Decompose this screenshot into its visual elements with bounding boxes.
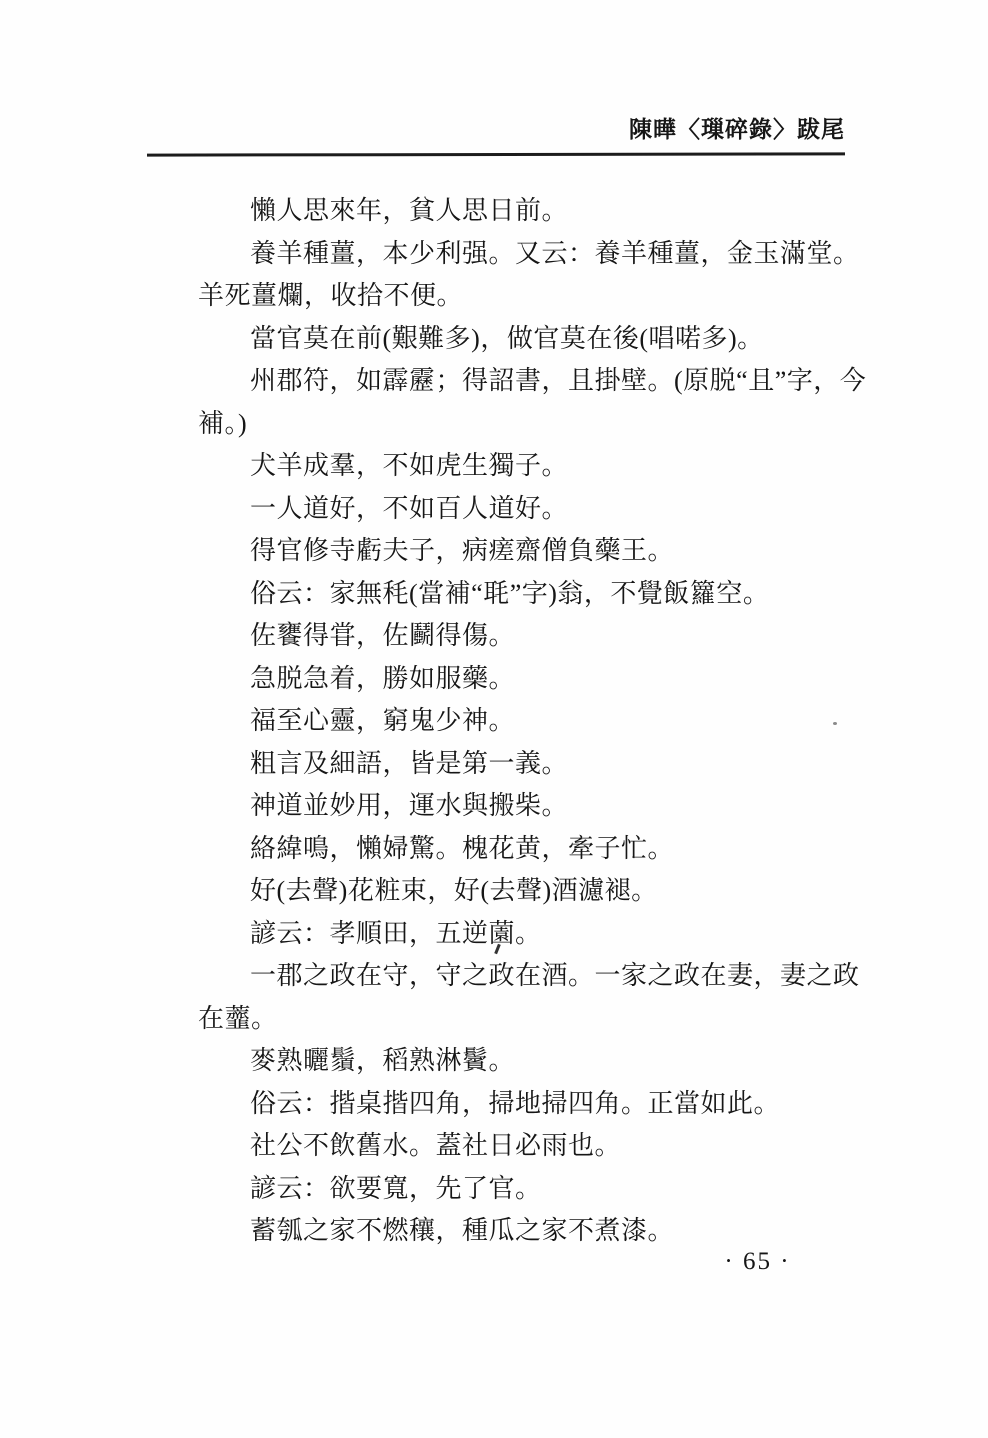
- text-line: 當官莫在前(艱難多)，做官莫在後(唱喏多)。: [198, 318, 848, 361]
- print-speck: [833, 722, 837, 725]
- text-line: 一人道好，不如百人道好。: [198, 488, 848, 531]
- page-number-text: · 65 ·: [724, 1248, 790, 1275]
- text-line: 犬羊成羣，不如虎生獨子。: [198, 445, 848, 488]
- text-line: 得官修寺虧夫子，病瘥齋僧負藥王。: [198, 530, 848, 573]
- page-number: · 65 ·: [700, 1248, 815, 1276]
- text-line: 諺云：孝順田，五逆薗。: [198, 913, 848, 956]
- body-text: 懶人思來年，貧人思日前。養羊種薑，本少利强。又云：養羊種薑，金玉滿堂。羊死薑爛，…: [198, 190, 848, 1253]
- text-line: 社公不飲舊水。蓋社日必雨也。: [198, 1125, 848, 1168]
- text-line: 俗云：家無秏(當補“毦”字)翁，不覺飯籮空。: [198, 573, 848, 616]
- text-line: 神道並妙用，運水與搬柴。: [198, 785, 848, 828]
- text-line: 俗云：揩桌揩四角，掃地掃四角。正當如此。: [198, 1083, 848, 1126]
- text-line: 福至心靈，窮鬼少神。: [198, 700, 848, 743]
- running-header-title: 陳曄〈璅碎錄〉跋尾: [0, 111, 845, 144]
- text-line: 懶人思來年，貧人思日前。: [198, 190, 848, 233]
- text-line: 佐饔得甞，佐鬬得傷。: [198, 615, 848, 658]
- text-line: 絡緯鳴，懶婦驚。槐花黄，牽子忙。: [198, 828, 848, 871]
- text-line: 羊死薑爛，收拾不便。: [198, 275, 848, 318]
- text-line: 好(去聲)花粧束，好(去聲)酒濾褪。: [198, 870, 848, 913]
- text-line: 補。): [198, 403, 848, 446]
- text-line: 粗言及細語，皆是第一義。: [198, 743, 848, 786]
- text-line: 急脱急着，勝如服藥。: [198, 658, 848, 701]
- text-line: 蓄瓠之家不燃穰，種瓜之家不煮漆。: [198, 1210, 848, 1253]
- text-line: 諺云：欲要寬，先了官。: [198, 1168, 848, 1211]
- header-divider: [147, 152, 845, 156]
- text-line: 一郡之政在守，守之政在酒。一家之政在妻，妻之政: [198, 955, 848, 998]
- text-line: 麥熟曬鬚，稻熟淋鬢。: [198, 1040, 848, 1083]
- text-line: 在虀。: [198, 998, 848, 1041]
- book-page: 陳曄〈璅碎錄〉跋尾 懶人思來年，貧人思日前。養羊種薑，本少利强。又云：養羊種薑，…: [0, 0, 988, 1438]
- text-line: 州郡符，如霹靂；得詔書，且掛壁。(原脱“且”字，今: [198, 360, 848, 403]
- text-line: 養羊種薑，本少利强。又云：養羊種薑，金玉滿堂。: [198, 233, 848, 276]
